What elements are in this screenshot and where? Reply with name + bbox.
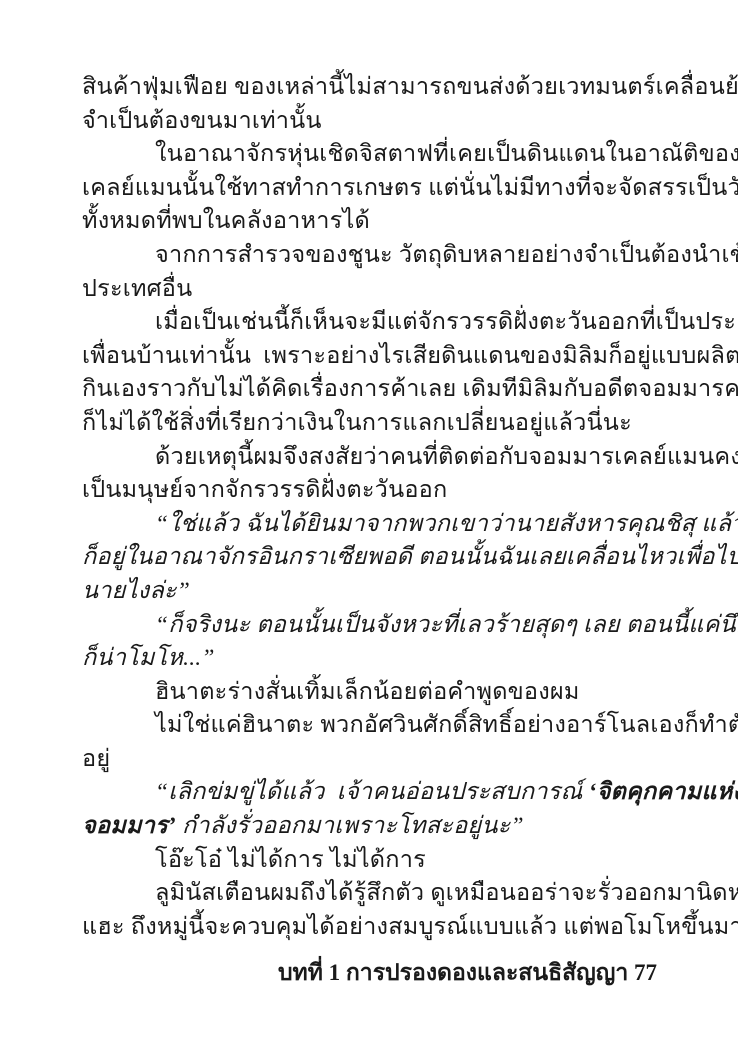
text-segment: ประเทศอื่น <box>82 276 192 302</box>
chapter-title: บทที่ 1 การปรองดองและสนธิสัญญา <box>278 960 628 985</box>
text-line: เคลย์แมนนั้นใช้ทาสทำการเกษตร แต่นั่นไม่ม… <box>82 172 657 206</box>
page-number: 77 <box>634 960 657 985</box>
text-segment: ด้วยเหตุนี้ผมจึงสงสัยว่าคนที่ติดต่อกับจอ… <box>155 444 738 470</box>
text-segment: นายไงล่ะ” <box>82 578 190 604</box>
text-segment: ทั้งหมดที่พบในคลังอาหารได้ <box>82 208 370 234</box>
text-segment: อยู่ <box>82 746 110 772</box>
text-segment: ในอาณาจักรหุ่นเชิดจิสตาฟที่เคยเป็นดินแดน… <box>155 141 738 167</box>
text-line: ฮินาตะร่างสั่นเทิ้มเล็กน้อยต่อคำพูดของผม <box>82 676 657 710</box>
text-line: ในอาณาจักรหุ่นเชิดจิสตาฟที่เคยเป็นดินแดน… <box>82 138 657 172</box>
text-segment: ฮินาตะร่างสั่นเทิ้มเล็กน้อยต่อคำพูดของผม <box>155 679 580 705</box>
text-segment: แฮะ ถึงหมู่นี้จะควบคุมได้อย่างสมบูรณ์แบบ… <box>82 914 738 940</box>
text-segment: จากการสำรวจของชูนะ วัตถุดิบหลายอย่างจำเป… <box>155 242 738 268</box>
text-segment: กินเองราวกับไม่ได้คิดเรื่องการค้าเลย เดิ… <box>82 376 738 402</box>
text-segment: “ก็จริงนะ ตอนนั้นเป็นจังหวะที่เลวร้ายสุด… <box>155 612 738 638</box>
emphasized-text: ‘จิตคุกคามแห่ง <box>589 779 738 805</box>
text-segment: ก็น่าโมโห...” <box>82 645 215 671</box>
text-segment: ก็อยู่ในอาณาจักรอินกราเซียพอดี ตอนนั้นฉั… <box>82 544 738 570</box>
text-line: ด้วยเหตุนี้ผมจึงสงสัยว่าคนที่ติดต่อกับจอ… <box>82 441 657 475</box>
text-line: จอมมาร’ กำลังรั่วออกมาเพราะโทสะอยู่นะ” <box>82 810 657 844</box>
text-segment: ก็ไม่ได้ใช้สิ่งที่เรียกว่าเงินในการแลกเป… <box>82 410 632 436</box>
text-segment: จำเป็นต้องขนมาเท่านั้น <box>82 108 322 134</box>
text-line: ก็อยู่ในอาณาจักรอินกราเซียพอดี ตอนนั้นฉั… <box>82 541 657 575</box>
text-line: ประเทศอื่น <box>82 273 657 307</box>
text-line: เพื่อนบ้านเท่านั้น เพราะอย่างไรเสียดินแด… <box>82 340 657 374</box>
book-page: สินค้าฟุ่มเฟือย ของเหล่านี้ไม่สามารถขนส่… <box>0 0 738 1051</box>
text-line: “ใช่แล้ว ฉันได้ยินมาจากพวกเขาว่านายสังหา… <box>82 508 657 542</box>
text-segment: สินค้าฟุ่มเฟือย ของเหล่านี้ไม่สามารถขนส่… <box>82 74 738 100</box>
text-segment: เพื่อนบ้านเท่านั้น เพราะอย่างไรเสียดินแด… <box>82 343 738 369</box>
text-segment: เมื่อเป็นเช่นนี้ก็เห็นจะมีแต่จักรวรรดิฝั… <box>155 309 738 335</box>
text-line: เป็นมนุษย์จากจักรวรรดิฝั่งตะวันออก <box>82 474 657 508</box>
text-line: ไม่ใช่แค่ฮินาตะ พวกอัศวินศักดิ์สิทธิ์อย่… <box>82 709 657 743</box>
text-line: ทั้งหมดที่พบในคลังอาหารได้ <box>82 205 657 239</box>
text-line: ลูมินัสเตือนผมถึงได้รู้สึกตัว ดูเหมือนออ… <box>82 877 657 911</box>
text-segment: ลูมินัสเตือนผมถึงได้รู้สึกตัว ดูเหมือนออ… <box>155 880 738 906</box>
text-line: อยู่ <box>82 743 657 777</box>
text-line: “เลิกข่มขู่ได้แล้ว เจ้าคนอ่อนประสบการณ์ … <box>82 776 657 810</box>
text-line: “ก็จริงนะ ตอนนั้นเป็นจังหวะที่เลวร้ายสุด… <box>82 609 657 643</box>
text-line: นายไงล่ะ” <box>82 575 657 609</box>
text-segment: “เลิกข่มขู่ได้แล้ว เจ้าคนอ่อนประสบการณ์ <box>155 779 589 805</box>
text-line: จากการสำรวจของชูนะ วัตถุดิบหลายอย่างจำเป… <box>82 239 657 273</box>
text-lines: สินค้าฟุ่มเฟือย ของเหล่านี้ไม่สามารถขนส่… <box>82 71 657 944</box>
text-line: จำเป็นต้องขนมาเท่านั้น <box>82 105 657 139</box>
text-segment: โอ๊ะโอ๋ ไม่ได้การ ไม่ได้การ <box>155 847 426 873</box>
text-segment: กำลังรั่วออกมาเพราะโทสะอยู่นะ” <box>176 813 524 839</box>
text-line: ก็น่าโมโห...” <box>82 642 657 676</box>
text-line: แฮะ ถึงหมู่นี้จะควบคุมได้อย่างสมบูรณ์แบบ… <box>82 911 657 945</box>
text-line: โอ๊ะโอ๋ ไม่ได้การ ไม่ได้การ <box>82 844 657 878</box>
page-footer: บทที่ 1 การปรองดองและสนธิสัญญา 77 <box>82 959 657 987</box>
text-segment: เคลย์แมนนั้นใช้ทาสทำการเกษตร แต่นั่นไม่ม… <box>82 175 738 201</box>
text-segment: “ใช่แล้ว ฉันได้ยินมาจากพวกเขาว่านายสังหา… <box>155 511 738 537</box>
text-line: เมื่อเป็นเช่นนี้ก็เห็นจะมีแต่จักรวรรดิฝั… <box>82 306 657 340</box>
text-line: กินเองราวกับไม่ได้คิดเรื่องการค้าเลย เดิ… <box>82 373 657 407</box>
text-segment: ไม่ใช่แค่ฮินาตะ พวกอัศวินศักดิ์สิทธิ์อย่… <box>155 712 738 738</box>
text-line: สินค้าฟุ่มเฟือย ของเหล่านี้ไม่สามารถขนส่… <box>82 71 657 105</box>
text-segment: เป็นมนุษย์จากจักรวรรดิฝั่งตะวันออก <box>82 477 447 503</box>
text-line: ก็ไม่ได้ใช้สิ่งที่เรียกว่าเงินในการแลกเป… <box>82 407 657 441</box>
emphasized-text: จอมมาร’ <box>82 813 176 839</box>
